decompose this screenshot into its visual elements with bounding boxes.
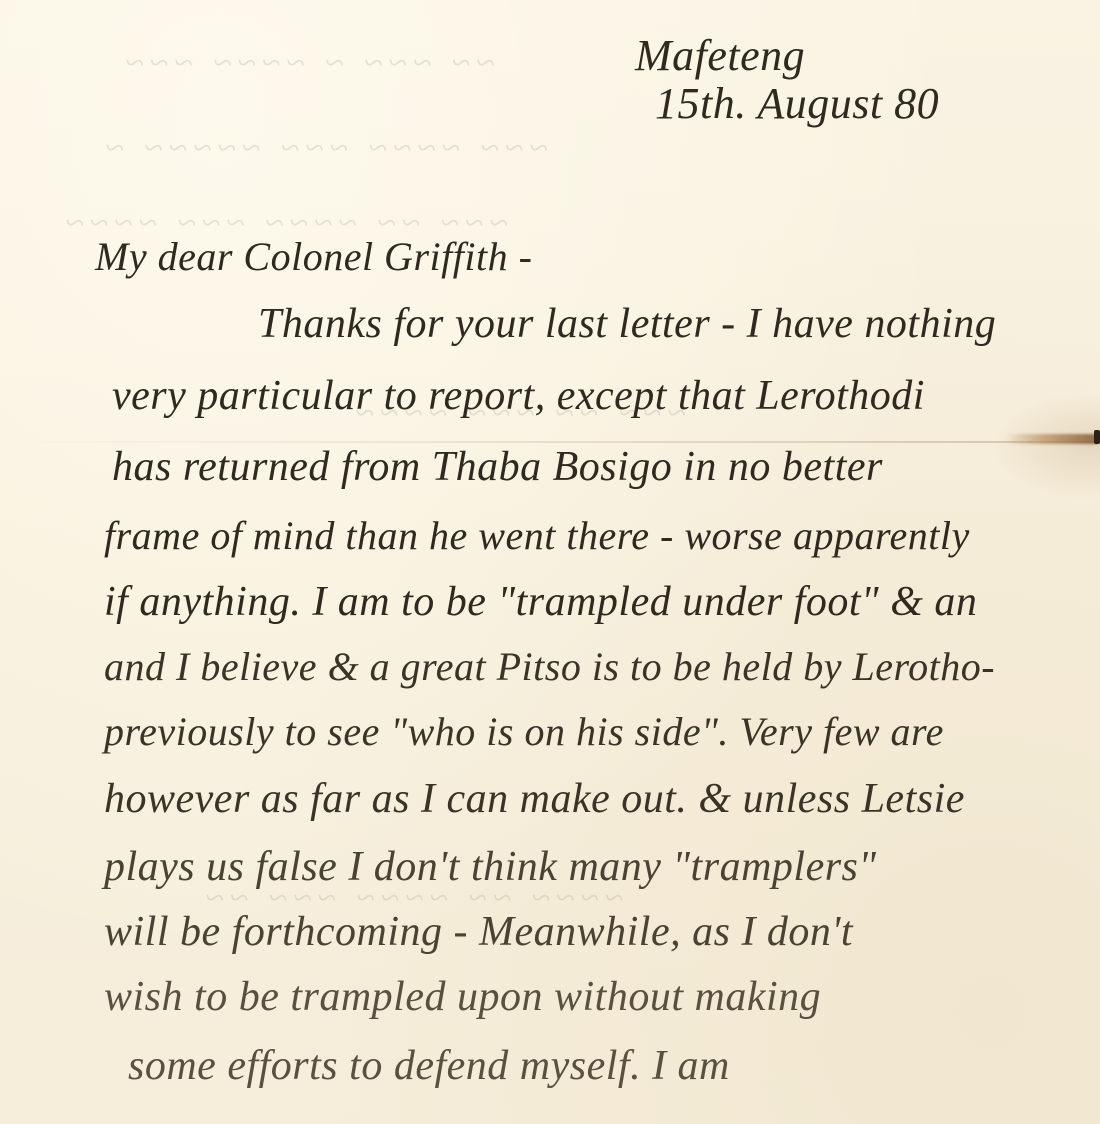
letter-salutation: My dear Colonel Griffith - xyxy=(95,233,532,280)
letter-line: very particular to report, except that L… xyxy=(112,372,925,420)
paper-stain xyxy=(990,390,1100,500)
letter-line: plays us false I don't think many "tramp… xyxy=(104,843,877,891)
bleed-through-text: ~~~ ~~~~ ~~~ ~~~~~ ~ xyxy=(100,130,548,168)
letter-line: will be forthcoming - Meanwhile, as I do… xyxy=(104,908,853,956)
letter-place: Mafeteng xyxy=(635,30,805,81)
bleed-through-text: ~~ ~~~ ~ ~~~~ ~~~ xyxy=(120,45,495,83)
letter-line: wish to be trampled upon without making xyxy=(104,973,821,1021)
letter-date: 15th. August 80 xyxy=(655,78,939,129)
letter-line: however as far as I can make out. & unle… xyxy=(104,775,965,823)
letter-line: has returned from Thaba Bosigo in no bet… xyxy=(112,443,883,491)
letter-line: Thanks for your last letter - I have not… xyxy=(258,300,996,348)
letter-line: frame of mind than he went there - worse… xyxy=(104,512,970,559)
edge-mark xyxy=(1094,430,1100,444)
letter-line: if anything. I am to be "trampled under … xyxy=(104,578,977,626)
letter-line: previously to see "who is on his side". … xyxy=(104,708,944,755)
letter-line: and I believe & a great Pitso is to be h… xyxy=(104,643,995,690)
letter-line: some efforts to defend myself. I am xyxy=(128,1042,730,1090)
foxing-mark xyxy=(1005,434,1100,444)
